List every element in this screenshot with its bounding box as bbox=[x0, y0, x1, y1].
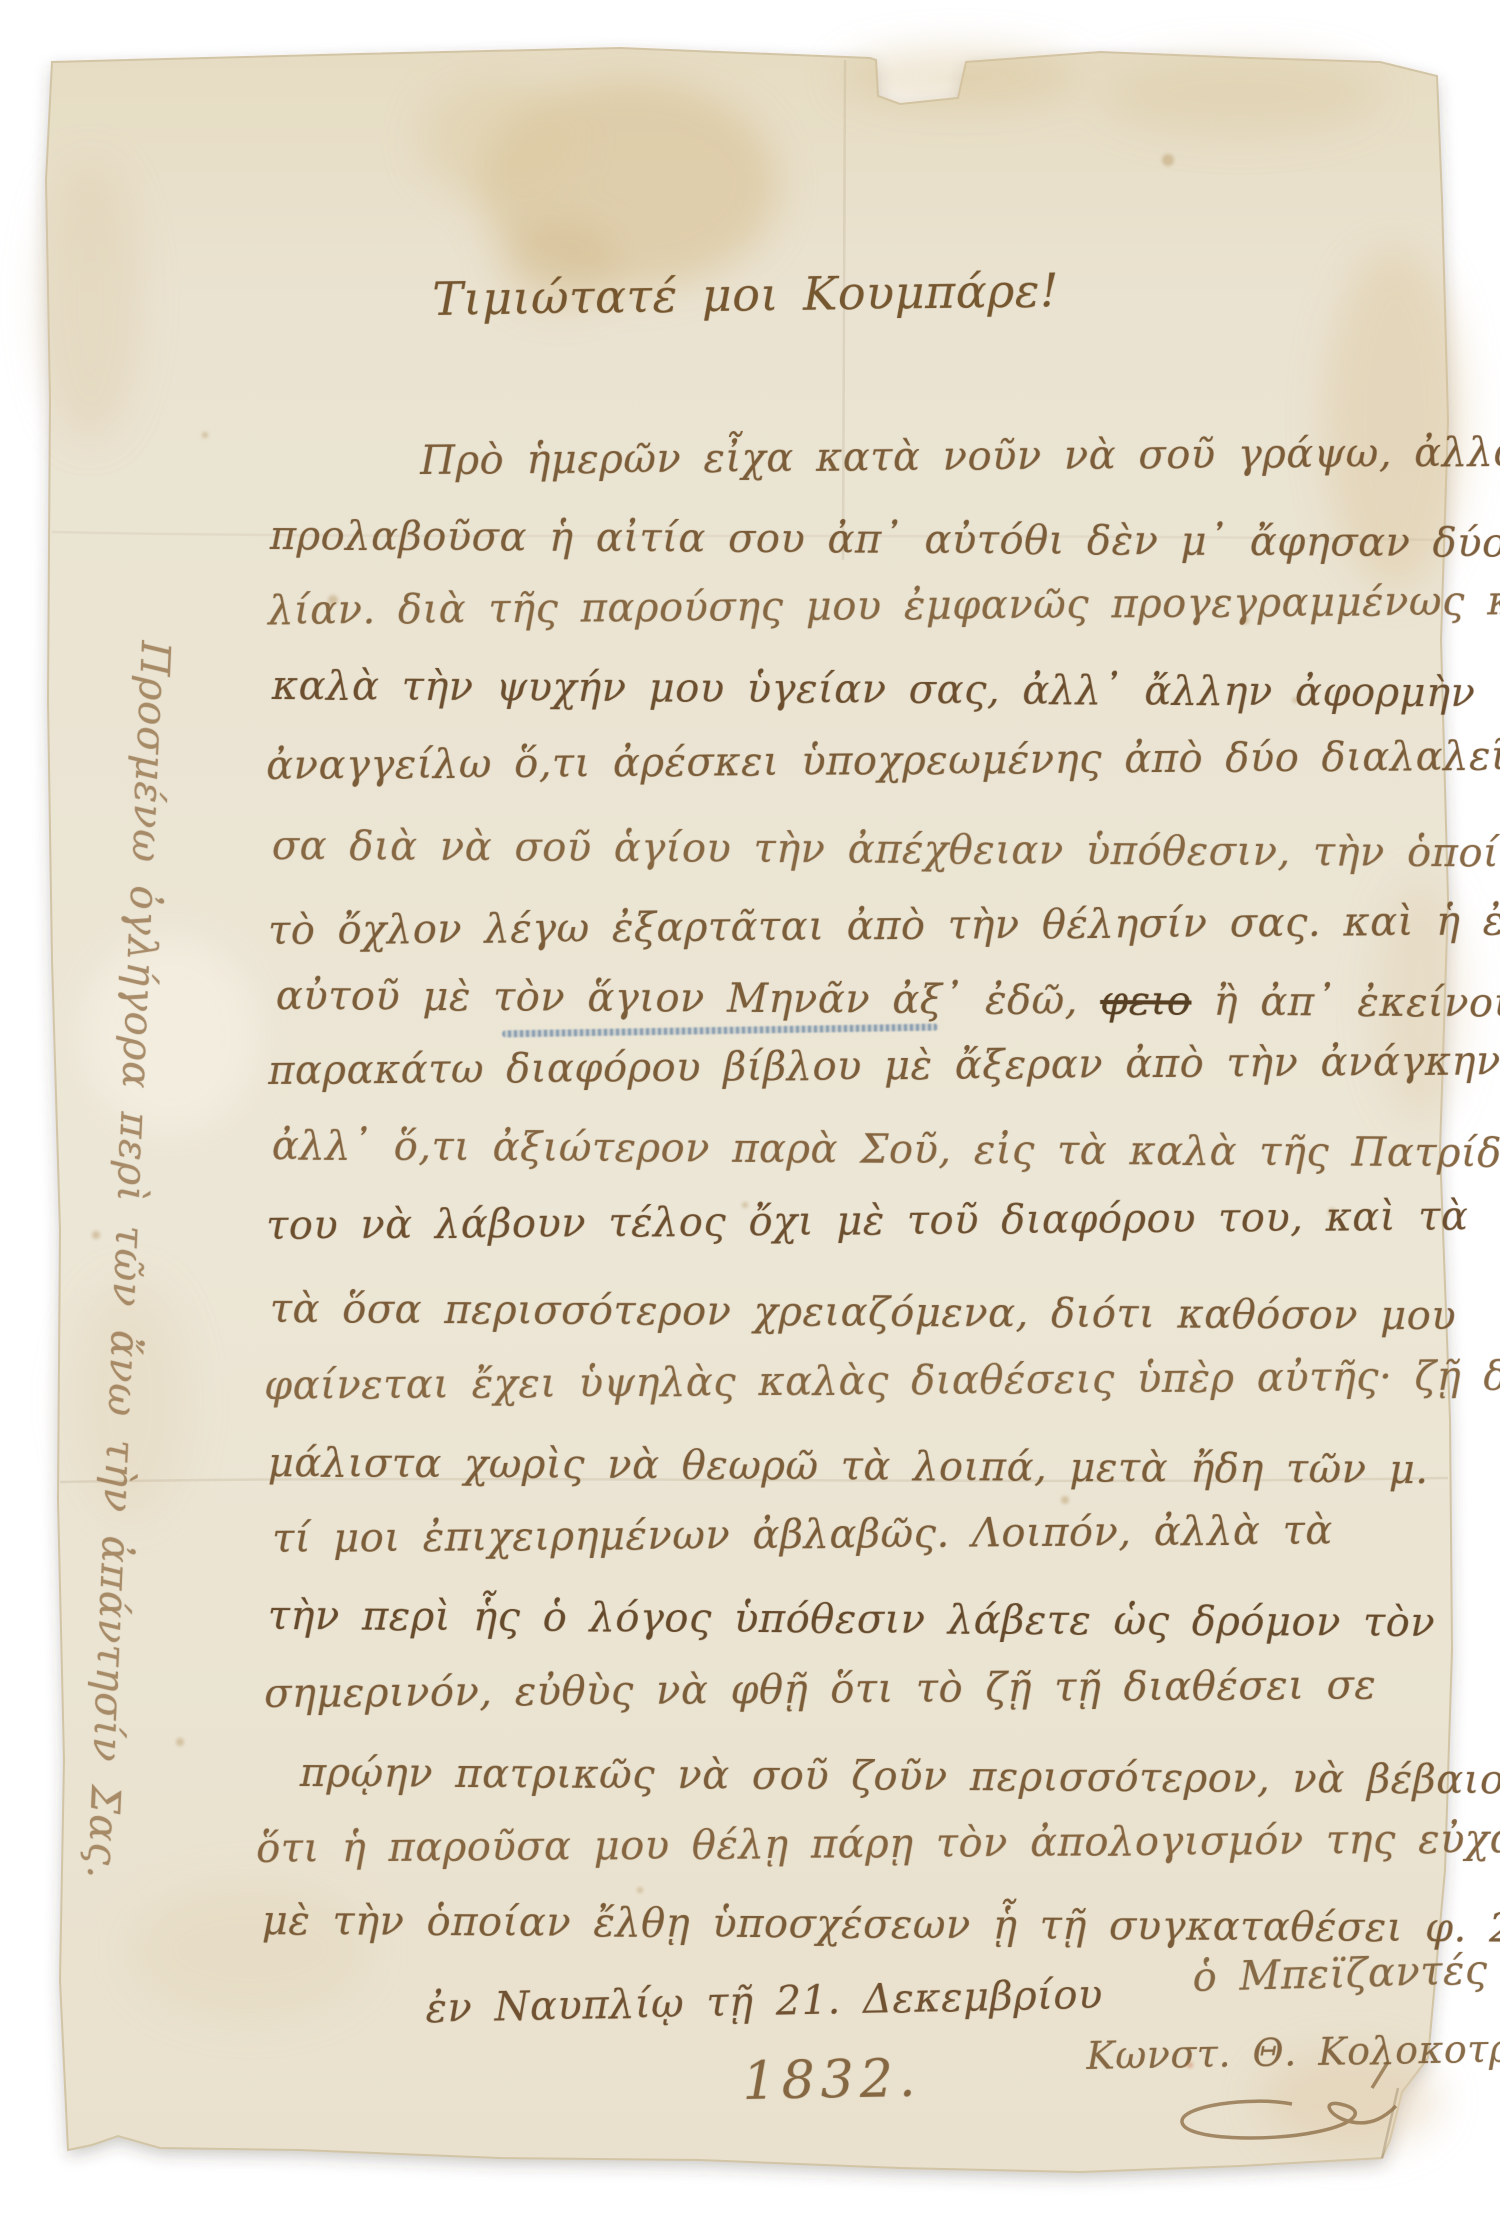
manuscript-line: τὰ ὅσα περισσότερον χρειαζόμενα, διότι κ… bbox=[270, 1286, 1457, 1339]
signature-line-2: Κωνστ. Θ. Κολοκοτρώνης bbox=[1086, 2025, 1500, 2078]
manuscript-line: μὲ τὴν ὁποίαν ἔλθῃ ὑποσχέσεων ᾗ τῇ συγκα… bbox=[262, 1898, 1500, 1952]
manuscript-line: του νὰ λάβουν τέλος ὄχι μὲ τοῦ διαφόρου … bbox=[266, 1194, 1469, 1249]
struck-out-word: φειο bbox=[1100, 978, 1192, 1025]
line-segment: ἢ ἀπ᾿ ἐκείνου ἡ bbox=[1191, 979, 1500, 1027]
manuscript-line: τὴν περὶ ἧς ὁ λόγος ὑπόθεσιν λάβετε ὡς δ… bbox=[268, 1593, 1436, 1646]
manuscript-line: τί μοι ἐπιχειρημένων ἀβλαβῶς. Λοιπόν, ἀλ… bbox=[272, 1508, 1333, 1562]
manuscript-line: προλαβοῦσα ἡ αἰτία σου ἀπ᾿ αὐτόθι δὲν μ᾿… bbox=[270, 513, 1500, 567]
manuscript-line: φαίνεται ἔχει ὑψηλὰς καλὰς διαθέσεις ὑπὲ… bbox=[264, 1352, 1500, 1409]
manuscript-line: καλὰ τὴν ψυχήν μου ὑγείαν σας, ἀλλ᾿ ἄλλη… bbox=[272, 663, 1500, 717]
paper-sheet bbox=[0, 0, 1500, 2231]
manuscript-line: τὸ ὄχλον λέγω ἐξαρτᾶται ἀπὸ τὴν θέλησίν … bbox=[268, 898, 1500, 954]
manuscript-line: μάλιστα χωρὶς νὰ θεωρῶ τὰ λοιπά, μετὰ ἤδ… bbox=[268, 1440, 1429, 1493]
manuscript-line: πρῴην πατρικῶς νὰ σοῦ ζοῦν περισσότερον,… bbox=[300, 1750, 1500, 1803]
year: 1832. bbox=[742, 2049, 922, 2112]
manuscript-line: σημερινόν, εὐθὺς νὰ φθῇ ὅτι τὸ ζῇ τῇ δια… bbox=[264, 1662, 1376, 1717]
line-segment: αὐτοῦ μὲ τὸν ἅγιον Μηνᾶν ἀξ᾿ ἐδῶ, bbox=[276, 973, 1101, 1024]
manuscript-line: παρακάτω διαφόρου βίβλου μὲ ἄξεραν ἀπὸ τ… bbox=[268, 1038, 1500, 1094]
letter-photograph: Τιμιώτατέ μοι Κουμπάρε! Πρὸ ἡμερῶν εἶχα … bbox=[0, 0, 1500, 2231]
manuscript-line-with-strikeout: αὐτοῦ μὲ τὸν ἅγιον Μηνᾶν ἀξ᾿ ἐδῶ, φειο ἢ… bbox=[276, 973, 1500, 1027]
manuscript-line: Πρὸ ἡμερῶν εἶχα κατὰ νοῦν νὰ σοῦ γράψω, … bbox=[420, 429, 1500, 484]
manuscript-line: ὅτι ἡ παροῦσα μου θέλῃ πάρῃ τὸν ἀπολογισ… bbox=[256, 1815, 1500, 1872]
signature-line-1: ὁ Μπεϊζαντές bbox=[1192, 1947, 1488, 2001]
manuscript-line: σα διὰ νὰ σοῦ ἁγίου τὴν ἀπέχθειαν ὑπόθεσ… bbox=[272, 823, 1500, 877]
manuscript-line: ἀλλ᾿ ὅ,τι ἀξιώτερον παρὰ Σοῦ, εἰς τὰ καλ… bbox=[272, 1123, 1500, 1177]
salutation: Τιμιώτατέ μοι Κουμπάρε! bbox=[432, 263, 1059, 326]
manuscript-line: λίαν. διὰ τῆς παρούσης μου ἐμφανῶς προγε… bbox=[268, 578, 1500, 634]
manuscript-line: ἀναγγείλω ὅ,τι ἀρέσκει ὑποχρεωμένης ἀπὸ … bbox=[266, 733, 1500, 789]
